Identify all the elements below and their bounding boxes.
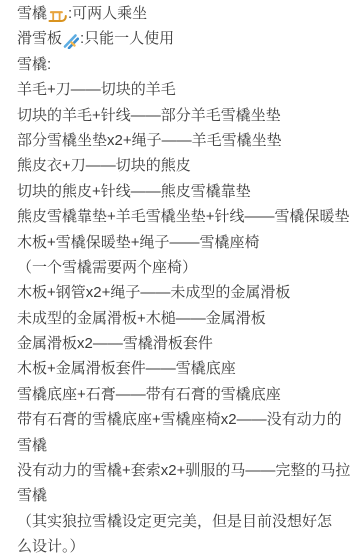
recipe-line: 雪橇底座+石膏——带有石膏的雪橇底座 [17,382,356,407]
note-line: （一个雪橇需要两个座椅） [17,255,356,280]
sled-header-line: 雪橇 :可两人乘坐 [17,1,356,26]
recipe-line: 木板+钢管x2+绳子——未成型的金属滑板 [17,280,356,305]
recipe-line: 切块的羊毛+针线——部分羊毛雪橇坐垫 [17,103,356,128]
recipe-line: 金属滑板x2——雪橇滑板套件 [17,331,356,356]
note-line: （其实狼拉雪橇设定更完美，但是目前没想好怎 [17,509,356,534]
recipe-line: 熊皮衣+刀——切块的熊皮 [17,153,356,178]
sled-header-label: 雪橇 [17,5,47,22]
recipe-line-wrap: 雪橇 [17,483,356,508]
ski-header-note: :只能一人使用 [80,30,174,47]
recipe-line: 木板+金属滑板套件——雪橇底座 [17,356,356,381]
recipe-line: 切块的熊皮+针线——熊皮雪橇靠垫 [17,179,356,204]
section-title: 雪橇: [17,52,356,77]
note-line-wrap: 么设计。） [17,534,356,559]
recipe-line: 熊皮雪橇靠垫+羊毛雪橇坐垫+针线——雪橇保暖垫 [17,204,356,229]
recipe-line: 未成型的金属滑板+木槌——金属滑板 [17,306,356,331]
recipe-line: 部分雪橇坐垫x2+绳子——羊毛雪橇坐垫 [17,128,356,153]
ski-header-label: 滑雪板 [17,30,62,47]
ski-header-line: 滑雪板 :只能一人使用 [17,26,356,51]
recipe-document: 雪橇 :可两人乘坐 滑雪板 :只能一人使用 雪橇: 羊毛+刀——切块的羊毛 切块… [0,0,360,560]
recipe-line-wrap: 雪橇 [17,433,356,458]
sled-emoji-icon [48,3,67,26]
ski-emoji-icon [63,28,79,51]
recipe-line: 羊毛+刀——切块的羊毛 [17,77,356,102]
recipe-line: 木板+雪橇保暖垫+绳子——雪橇座椅 [17,230,356,255]
recipe-line: 带有石膏的雪橇底座+雪橇座椅x2——没有动力的 [17,407,356,432]
sled-header-note: :可两人乘坐 [68,5,147,22]
recipe-line: 没有动力的雪橇+套索x2+驯服的马——完整的马拉 [17,458,356,483]
